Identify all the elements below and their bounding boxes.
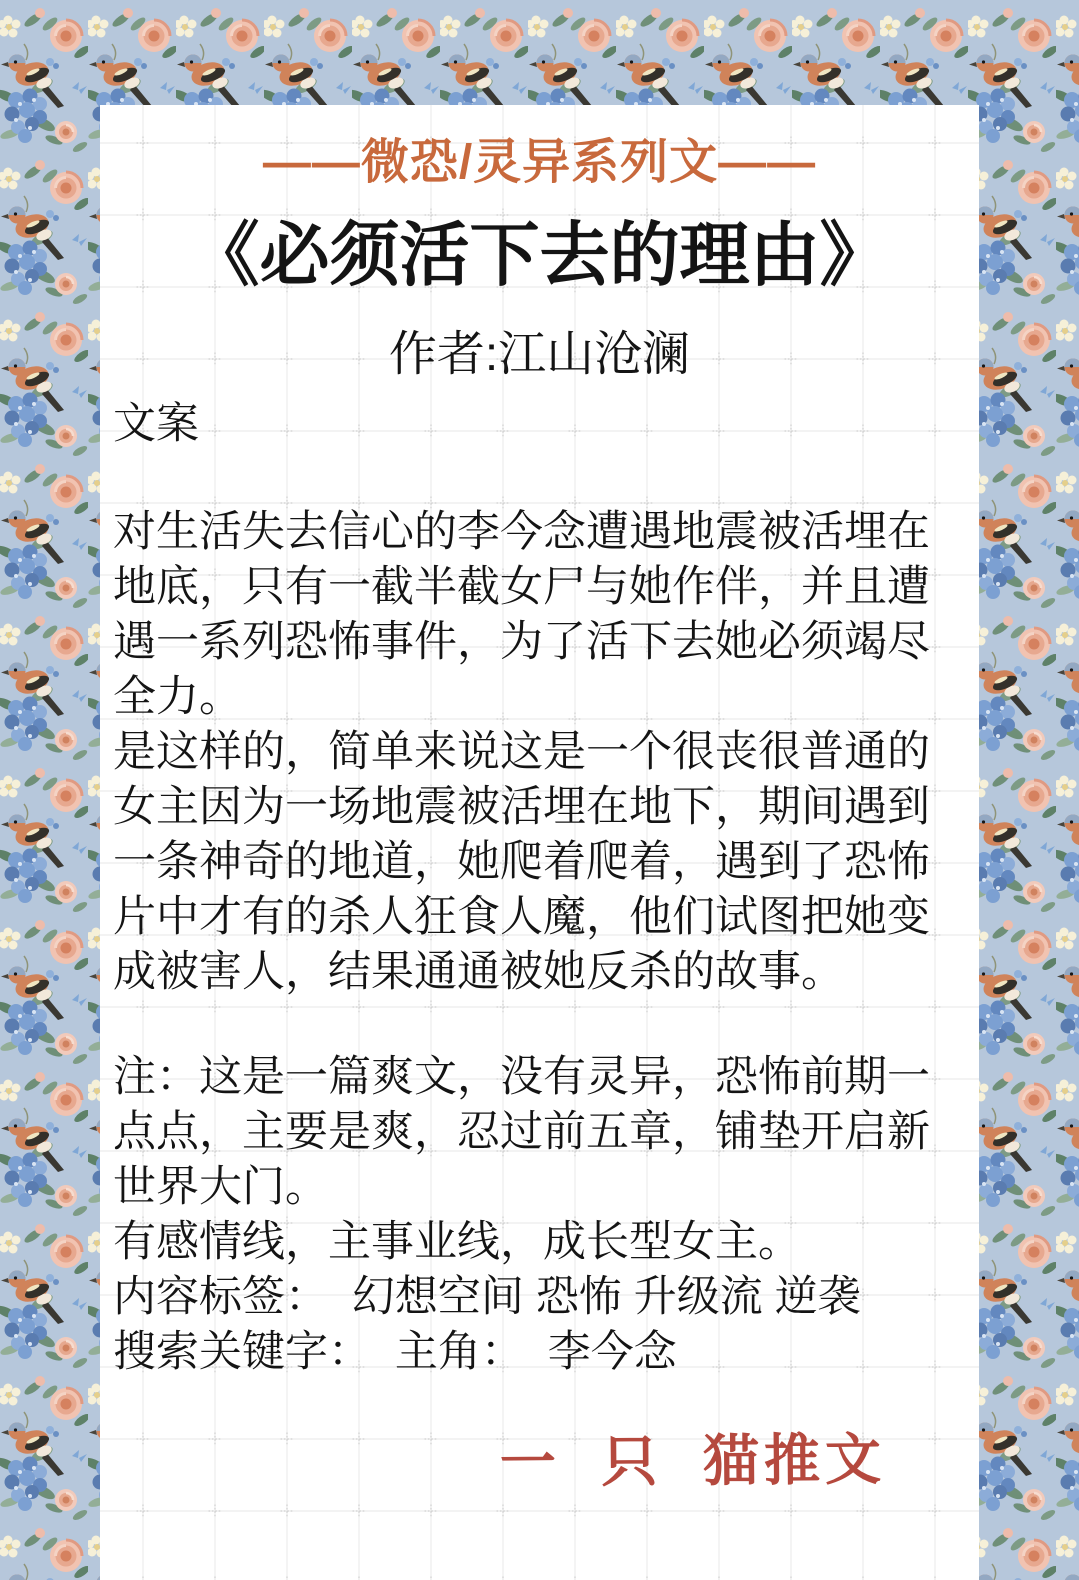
book-title: 《必须活下去的理由》 [113, 207, 966, 303]
content-card: ——微恐/灵异系列文—— 《必须活下去的理由》 作者:江山沧澜 文案 对生活失去… [100, 105, 979, 1580]
signature: 一 只 猫推文 [113, 1427, 887, 1500]
card-text-area: ——微恐/灵异系列文—— 《必须活下去的理由》 作者:江山沧澜 文案 对生活失去… [100, 105, 979, 1496]
synopsis-text: 对生活失去信心的李今念遭遇地震被活埋在 地底，只有一截半截女尸与她作伴，并且遭 … [113, 505, 966, 1000]
recommendation-card-page: ——微恐/灵异系列文—— 《必须活下去的理由》 作者:江山沧澜 文案 对生活失去… [0, 0, 1079, 1580]
notes-text: 注：这是一篇爽文，没有灵异，恐怖前期一 点点，主要是爽，忍过前五章，铺垫开启新 … [113, 1050, 966, 1380]
book-author: 作者:江山沧澜 [113, 325, 966, 385]
section-label: 文案 [113, 396, 966, 452]
series-header: ——微恐/灵异系列文—— [113, 133, 966, 193]
